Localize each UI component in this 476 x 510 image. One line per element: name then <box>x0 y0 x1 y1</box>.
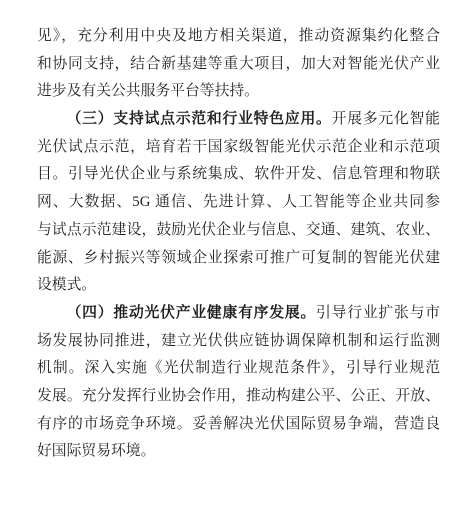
text-line: 发展。充分发挥行业协会作用，推动构建公平、公正、开放、 <box>37 383 440 411</box>
text-line: 有序的市场竞争环境。妥善解决光伏国际贸易争端，营造良 <box>37 411 440 439</box>
section-heading-run: （四）推动光伏产业健康有序发展。 <box>67 305 316 321</box>
document-body: 见》，充分利用中央及地方相关渠道，推动资源集约化整合和协同支持，结合新基建等重大… <box>37 23 440 466</box>
text-run: 目。引导光伏企业与系统集成、软件开发、信息管理和物联 <box>37 166 440 182</box>
text-run: 与试点示范建设，鼓励光伏企业与信息、交通、建筑、农业、 <box>37 222 440 238</box>
text-run: 场发展协同推进，建立光伏供应链协调保障机制和运行监测 <box>37 333 440 349</box>
document-page: 见》，充分利用中央及地方相关渠道，推动资源集约化整合和协同支持，结合新基建等重大… <box>0 0 476 510</box>
text-line: 和协同支持，结合新基建等重大项目，加大对智能光伏产业 <box>37 51 440 79</box>
text-run: 开展多元化智能 <box>332 111 440 127</box>
text-run: 光伏试点示范，培育若干国家级智能光伏示范企业和示范项 <box>37 139 440 155</box>
text-line: 机制。深入实施《光伏制造行业规范条件》，引导行业规范 <box>37 355 440 383</box>
text-line: 能源、乡村振兴等领域企业探索可推广可复制的智能光伏建 <box>37 245 440 273</box>
text-run: 网、大数据、5G 通信、先进计算、人工智能等企业共同参 <box>37 194 440 210</box>
text-line: 见》，充分利用中央及地方相关渠道，推动资源集约化整合 <box>37 23 440 51</box>
text-run: 发展。充分发挥行业协会作用，推动构建公平、公正、开放、 <box>37 388 440 404</box>
text-line: 目。引导光伏企业与系统集成、软件开发、信息管理和物联 <box>37 161 440 189</box>
text-run: 引导行业扩张与市 <box>316 305 440 321</box>
text-line: 设模式。 <box>37 272 440 300</box>
text-line: 光伏试点示范，培育若干国家级智能光伏示范企业和示范项 <box>37 134 440 162</box>
text-run: 好国际贸易环境。 <box>37 443 155 459</box>
text-line: 与试点示范建设，鼓励光伏企业与信息、交通、建筑、农业、 <box>37 217 440 245</box>
section-heading-run: （三）支持试点示范和行业特色应用。 <box>67 111 332 127</box>
text-line: 好国际贸易环境。 <box>37 438 440 466</box>
text-run: 进步及有关公共服务平台等扶持。 <box>37 83 259 99</box>
text-line: 网、大数据、5G 通信、先进计算、人工智能等企业共同参 <box>37 189 440 217</box>
text-run: 和协同支持，结合新基建等重大项目，加大对智能光伏产业 <box>37 56 440 72</box>
text-line: 进步及有关公共服务平台等扶持。 <box>37 78 440 106</box>
text-line: （三）支持试点示范和行业特色应用。开展多元化智能 <box>37 106 440 134</box>
text-run: 见》，充分利用中央及地方相关渠道，推动资源集约化整合 <box>37 28 440 44</box>
text-run: 能源、乡村振兴等领域企业探索可推广可复制的智能光伏建 <box>37 250 440 266</box>
text-run: 设模式。 <box>37 277 96 293</box>
text-line: 场发展协同推进，建立光伏供应链协调保障机制和运行监测 <box>37 328 440 356</box>
text-run: 有序的市场竞争环境。妥善解决光伏国际贸易争端，营造良 <box>37 416 440 432</box>
text-line: （四）推动光伏产业健康有序发展。引导行业扩张与市 <box>37 300 440 328</box>
text-run: 机制。深入实施《光伏制造行业规范条件》，引导行业规范 <box>37 360 440 376</box>
